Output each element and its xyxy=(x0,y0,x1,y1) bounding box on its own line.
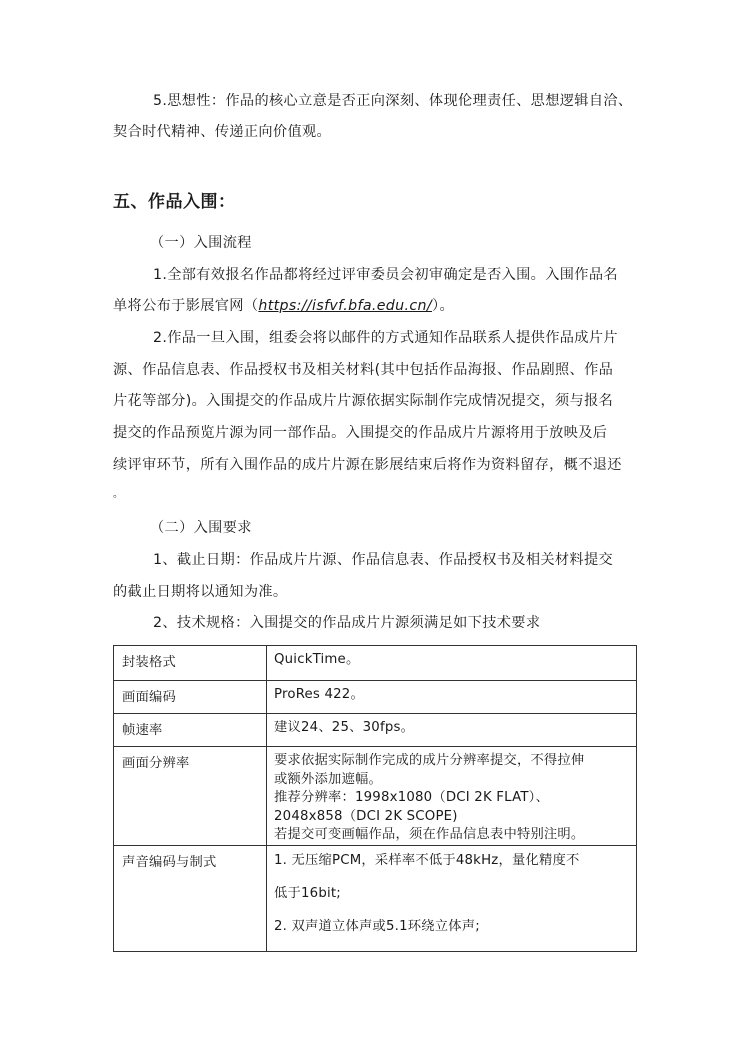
spec-value-frame-rate: 建议24、25、30fps。 xyxy=(267,714,637,747)
spec-value-line: ProRes 422。 xyxy=(274,686,630,705)
deadline-line1: 1、截止日期：作品成片片源、作品信息表、作品授权书及相关材料提交 xyxy=(153,550,613,570)
criterion-5-line-1: 5.思想性：作品的核心立意是否正向深刻、体现伦理责任、思想逻辑自洽、 xyxy=(153,91,632,111)
table-row: 画面编码 ProRes 422。 xyxy=(114,681,637,714)
spec-label-video-codec: 画面编码 xyxy=(114,681,267,714)
spec-value-line: 低于16bit; xyxy=(274,884,630,904)
spec-value-container: QuickTime。 xyxy=(267,646,637,681)
subsection-title-process: （一）入围流程 xyxy=(150,233,252,253)
spec-value-line: QuickTime。 xyxy=(274,651,630,670)
table-row: 帧速率 建议24、25、30fps。 xyxy=(114,714,637,747)
process-para1-suffix: ）。 xyxy=(432,298,454,314)
spec-label-audio: 声音编码与制式 xyxy=(114,845,267,951)
process-para1-prefix: 单将公布于影展官网（ xyxy=(113,298,258,314)
spec-label-frame-rate: 帧速率 xyxy=(114,714,267,747)
process-para2-line2: 源、作品信息表、作品授权书及相关材料(其中包括作品海报、作品剧照、作品 xyxy=(113,360,613,380)
process-para1-line2: 单将公布于影展官网（https://isfvf.bfa.edu.cn/）。 xyxy=(113,296,454,316)
spec-label-container: 封装格式 xyxy=(114,646,267,681)
deadline-line2: 的截止日期将以通知为准。 xyxy=(113,582,287,602)
table-row: 声音编码与制式 1. 无压缩PCM，采样率不低于48kHz，量化精度不 低于16… xyxy=(114,845,637,951)
process-para2-line3: 片花等部分)。入围提交的作品成片片源依据实际制作完成情况提交，须与报名 xyxy=(113,391,613,411)
spec-value-line: 推荐分辨率：1998x1080（DCI 2K FLAT）、 xyxy=(274,789,630,808)
document-page: 5.思想性：作品的核心立意是否正向深刻、体现伦理责任、思想逻辑自洽、 契合时代精… xyxy=(0,0,750,1061)
tech-spec-intro: 2、技术规格：入围提交的作品成片片源须满足如下技术要求 xyxy=(153,613,540,633)
spec-value-video-codec: ProRes 422。 xyxy=(267,681,637,714)
section-heading-finalists: 五、作品入围： xyxy=(113,190,236,214)
criterion-5-line-2: 契合时代精神、传递正向价值观。 xyxy=(113,122,331,142)
spec-value-line: 要求依据实际制作完成的成片分辨率提交，不得拉伸 xyxy=(274,752,630,771)
process-para2-line4: 提交的作品预览片源为同一部作品。入围提交的作品成片片源将用于放映及后 xyxy=(113,423,607,443)
table-row: 封装格式 QuickTime。 xyxy=(114,646,637,681)
tech-spec-table: 封装格式 QuickTime。 画面编码 ProRes 422。 帧速率 建议2… xyxy=(113,645,637,952)
spec-label-resolution: 画面分辨率 xyxy=(114,747,267,846)
spec-value-line: 2. 双声道立体声或5.1环绕立体声; xyxy=(274,917,630,937)
process-para1-line1: 1.全部有效报名作品都将经过评审委员会初审确定是否入围。入围作品名 xyxy=(153,265,618,285)
spec-value-resolution: 要求依据实际制作完成的成片分辨率提交，不得拉伸 或额外添加遮幅。 推荐分辨率：1… xyxy=(267,747,637,846)
subsection-title-requirements: （二）入围要求 xyxy=(150,518,252,538)
process-para2-line6: 。 xyxy=(113,485,123,505)
table-row: 画面分辨率 要求依据实际制作完成的成片分辨率提交，不得拉伸 或额外添加遮幅。 推… xyxy=(114,747,637,846)
process-para2-line5: 续评审环节，所有入围作品的成片片源在影展结束后将作为资料留存，概不退还 xyxy=(113,455,622,475)
spec-value-line: 或额外添加遮幅。 xyxy=(274,771,630,790)
spec-value-line: 建议24、25、30fps。 xyxy=(274,719,630,738)
spec-value-line: 1. 无压缩PCM，采样率不低于48kHz，量化精度不 xyxy=(274,851,630,871)
process-para2-line1: 2.作品一旦入围，组委会将以邮件的方式通知作品联系人提供作品成片片 xyxy=(153,328,618,348)
spec-value-audio: 1. 无压缩PCM，采样率不低于48kHz，量化精度不 低于16bit; 2. … xyxy=(267,845,637,951)
spec-value-line: 若提交可变画幅作品，须在作品信息表中特别注明。 xyxy=(274,826,630,845)
festival-website-link[interactable]: https://isfvf.bfa.edu.cn/ xyxy=(258,298,432,314)
spec-value-line: 2048x858（DCI 2K SCOPE) xyxy=(274,808,630,827)
